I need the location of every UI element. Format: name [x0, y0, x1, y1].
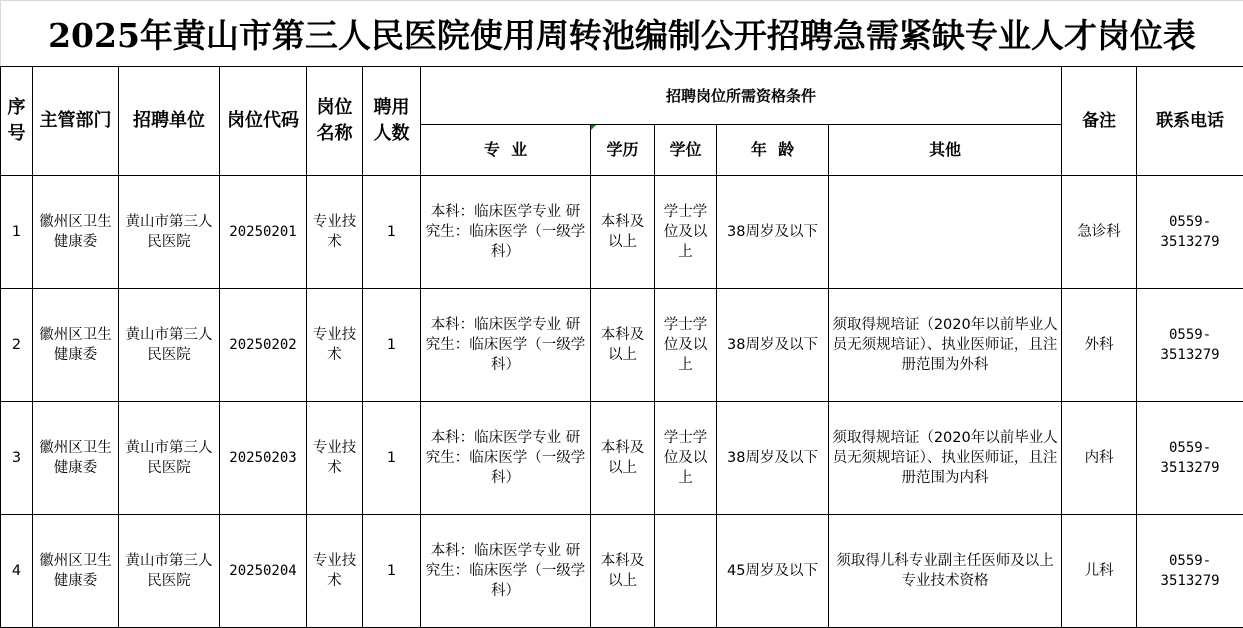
cell-major: 本科：临床医学专业 研究生：临床医学（一级学科）: [421, 515, 591, 628]
cell-major: 本科：临床医学专业 研究生：临床医学（一级学科）: [421, 176, 591, 289]
cell-phone: 0559-3513279: [1137, 176, 1243, 289]
cell-other: 须取得规培证（2020年以前毕业人员无须规培证）、执业医师证，且注册范围为内科: [829, 402, 1062, 515]
header-qualifications: 招聘岗位所需资格条件: [421, 67, 1062, 125]
cell-count: 1: [363, 289, 421, 402]
cell-phone: 0559-3513279: [1137, 402, 1243, 515]
cell-dept: 徽州区卫生健康委: [33, 176, 119, 289]
cell-other: 须取得规培证（2020年以前毕业人员无须规培证）、执业医师证，且注册范围为外科: [829, 289, 1062, 402]
cell-age: 38周岁及以下: [717, 402, 829, 515]
cell-degree: [655, 515, 717, 628]
cell-major: 本科：临床医学专业 研究生：临床医学（一级学科）: [421, 402, 591, 515]
cell-education: 本科及以上: [591, 515, 655, 628]
cell-count: 1: [363, 515, 421, 628]
header-name: 岗位名称: [307, 67, 363, 176]
cell-other: 须取得儿科专业副主任医师及以上专业技术资格: [829, 515, 1062, 628]
cell-code: 20250203: [220, 402, 307, 515]
cell-remark: 急诊科: [1062, 176, 1137, 289]
cell-degree: 学士学位及以上: [655, 176, 717, 289]
header-count: 聘用人数: [363, 67, 421, 176]
header-remark: 备注: [1062, 67, 1137, 176]
cell-code: 20250202: [220, 289, 307, 402]
cell-phone: 0559-3513279: [1137, 289, 1243, 402]
cell-unit: 黄山市第三人民医院: [119, 515, 220, 628]
cell-code: 20250204: [220, 515, 307, 628]
cell-code: 20250201: [220, 176, 307, 289]
cell-dept: 徽州区卫生健康委: [33, 402, 119, 515]
table-row: 1 徽州区卫生健康委 黄山市第三人民医院 20250201 专业技术 1 本科：…: [1, 176, 1243, 289]
cell-count: 1: [363, 176, 421, 289]
cell-name: 专业技术: [307, 402, 363, 515]
table-row: 3 徽州区卫生健康委 黄山市第三人民医院 20250203 专业技术 1 本科：…: [1, 402, 1243, 515]
table-row: 2 徽州区卫生健康委 黄山市第三人民医院 20250202 专业技术 1 本科：…: [1, 289, 1243, 402]
cell-remark: 内科: [1062, 402, 1137, 515]
header-age: 年 龄: [717, 125, 829, 176]
cell-name: 专业技术: [307, 176, 363, 289]
cell-unit: 黄山市第三人民医院: [119, 402, 220, 515]
cell-name: 专业技术: [307, 289, 363, 402]
table-row: 4 徽州区卫生健康委 黄山市第三人民医院 20250204 专业技术 1 本科：…: [1, 515, 1243, 628]
header-phone: 联系电话: [1137, 67, 1243, 176]
header-degree: 学位: [655, 125, 717, 176]
cell-degree: 学士学位及以上: [655, 289, 717, 402]
cell-seq: 2: [1, 289, 33, 402]
header-seq: 序号: [1, 67, 33, 176]
cell-dept: 徽州区卫生健康委: [33, 289, 119, 402]
cell-major: 本科：临床医学专业 研究生：临床医学（一级学科）: [421, 289, 591, 402]
cell-name: 专业技术: [307, 515, 363, 628]
cell-seq: 3: [1, 402, 33, 515]
cell-unit: 黄山市第三人民医院: [119, 176, 220, 289]
page-title: 2025年黄山市第三人民医院使用周转池编制公开招聘急需紧缺专业人才岗位表: [0, 0, 1243, 66]
cell-dept: 徽州区卫生健康委: [33, 515, 119, 628]
cell-age: 38周岁及以下: [717, 176, 829, 289]
cell-age: 45周岁及以下: [717, 515, 829, 628]
cell-seq: 1: [1, 176, 33, 289]
cell-education: 本科及以上: [591, 289, 655, 402]
cell-seq: 4: [1, 515, 33, 628]
cell-remark: 儿科: [1062, 515, 1137, 628]
header-other: 其他: [829, 125, 1062, 176]
cell-education: 本科及以上: [591, 402, 655, 515]
cell-other: [829, 176, 1062, 289]
header-major: 专 业: [421, 125, 591, 176]
cell-age: 38周岁及以下: [717, 289, 829, 402]
cell-education: 本科及以上: [591, 176, 655, 289]
cell-remark: 外科: [1062, 289, 1137, 402]
header-dept: 主管部门: [33, 67, 119, 176]
cell-unit: 黄山市第三人民医院: [119, 289, 220, 402]
cell-count: 1: [363, 402, 421, 515]
header-code: 岗位代码: [220, 67, 307, 176]
positions-table: 序号 主管部门 招聘单位 岗位代码 岗位名称 聘用人数 招聘岗位所需资格条件 备…: [0, 66, 1243, 628]
header-education: 学历: [591, 125, 655, 176]
header-unit: 招聘单位: [119, 67, 220, 176]
cell-phone: 0559-3513279: [1137, 515, 1243, 628]
cell-degree: 学士学位及以上: [655, 402, 717, 515]
